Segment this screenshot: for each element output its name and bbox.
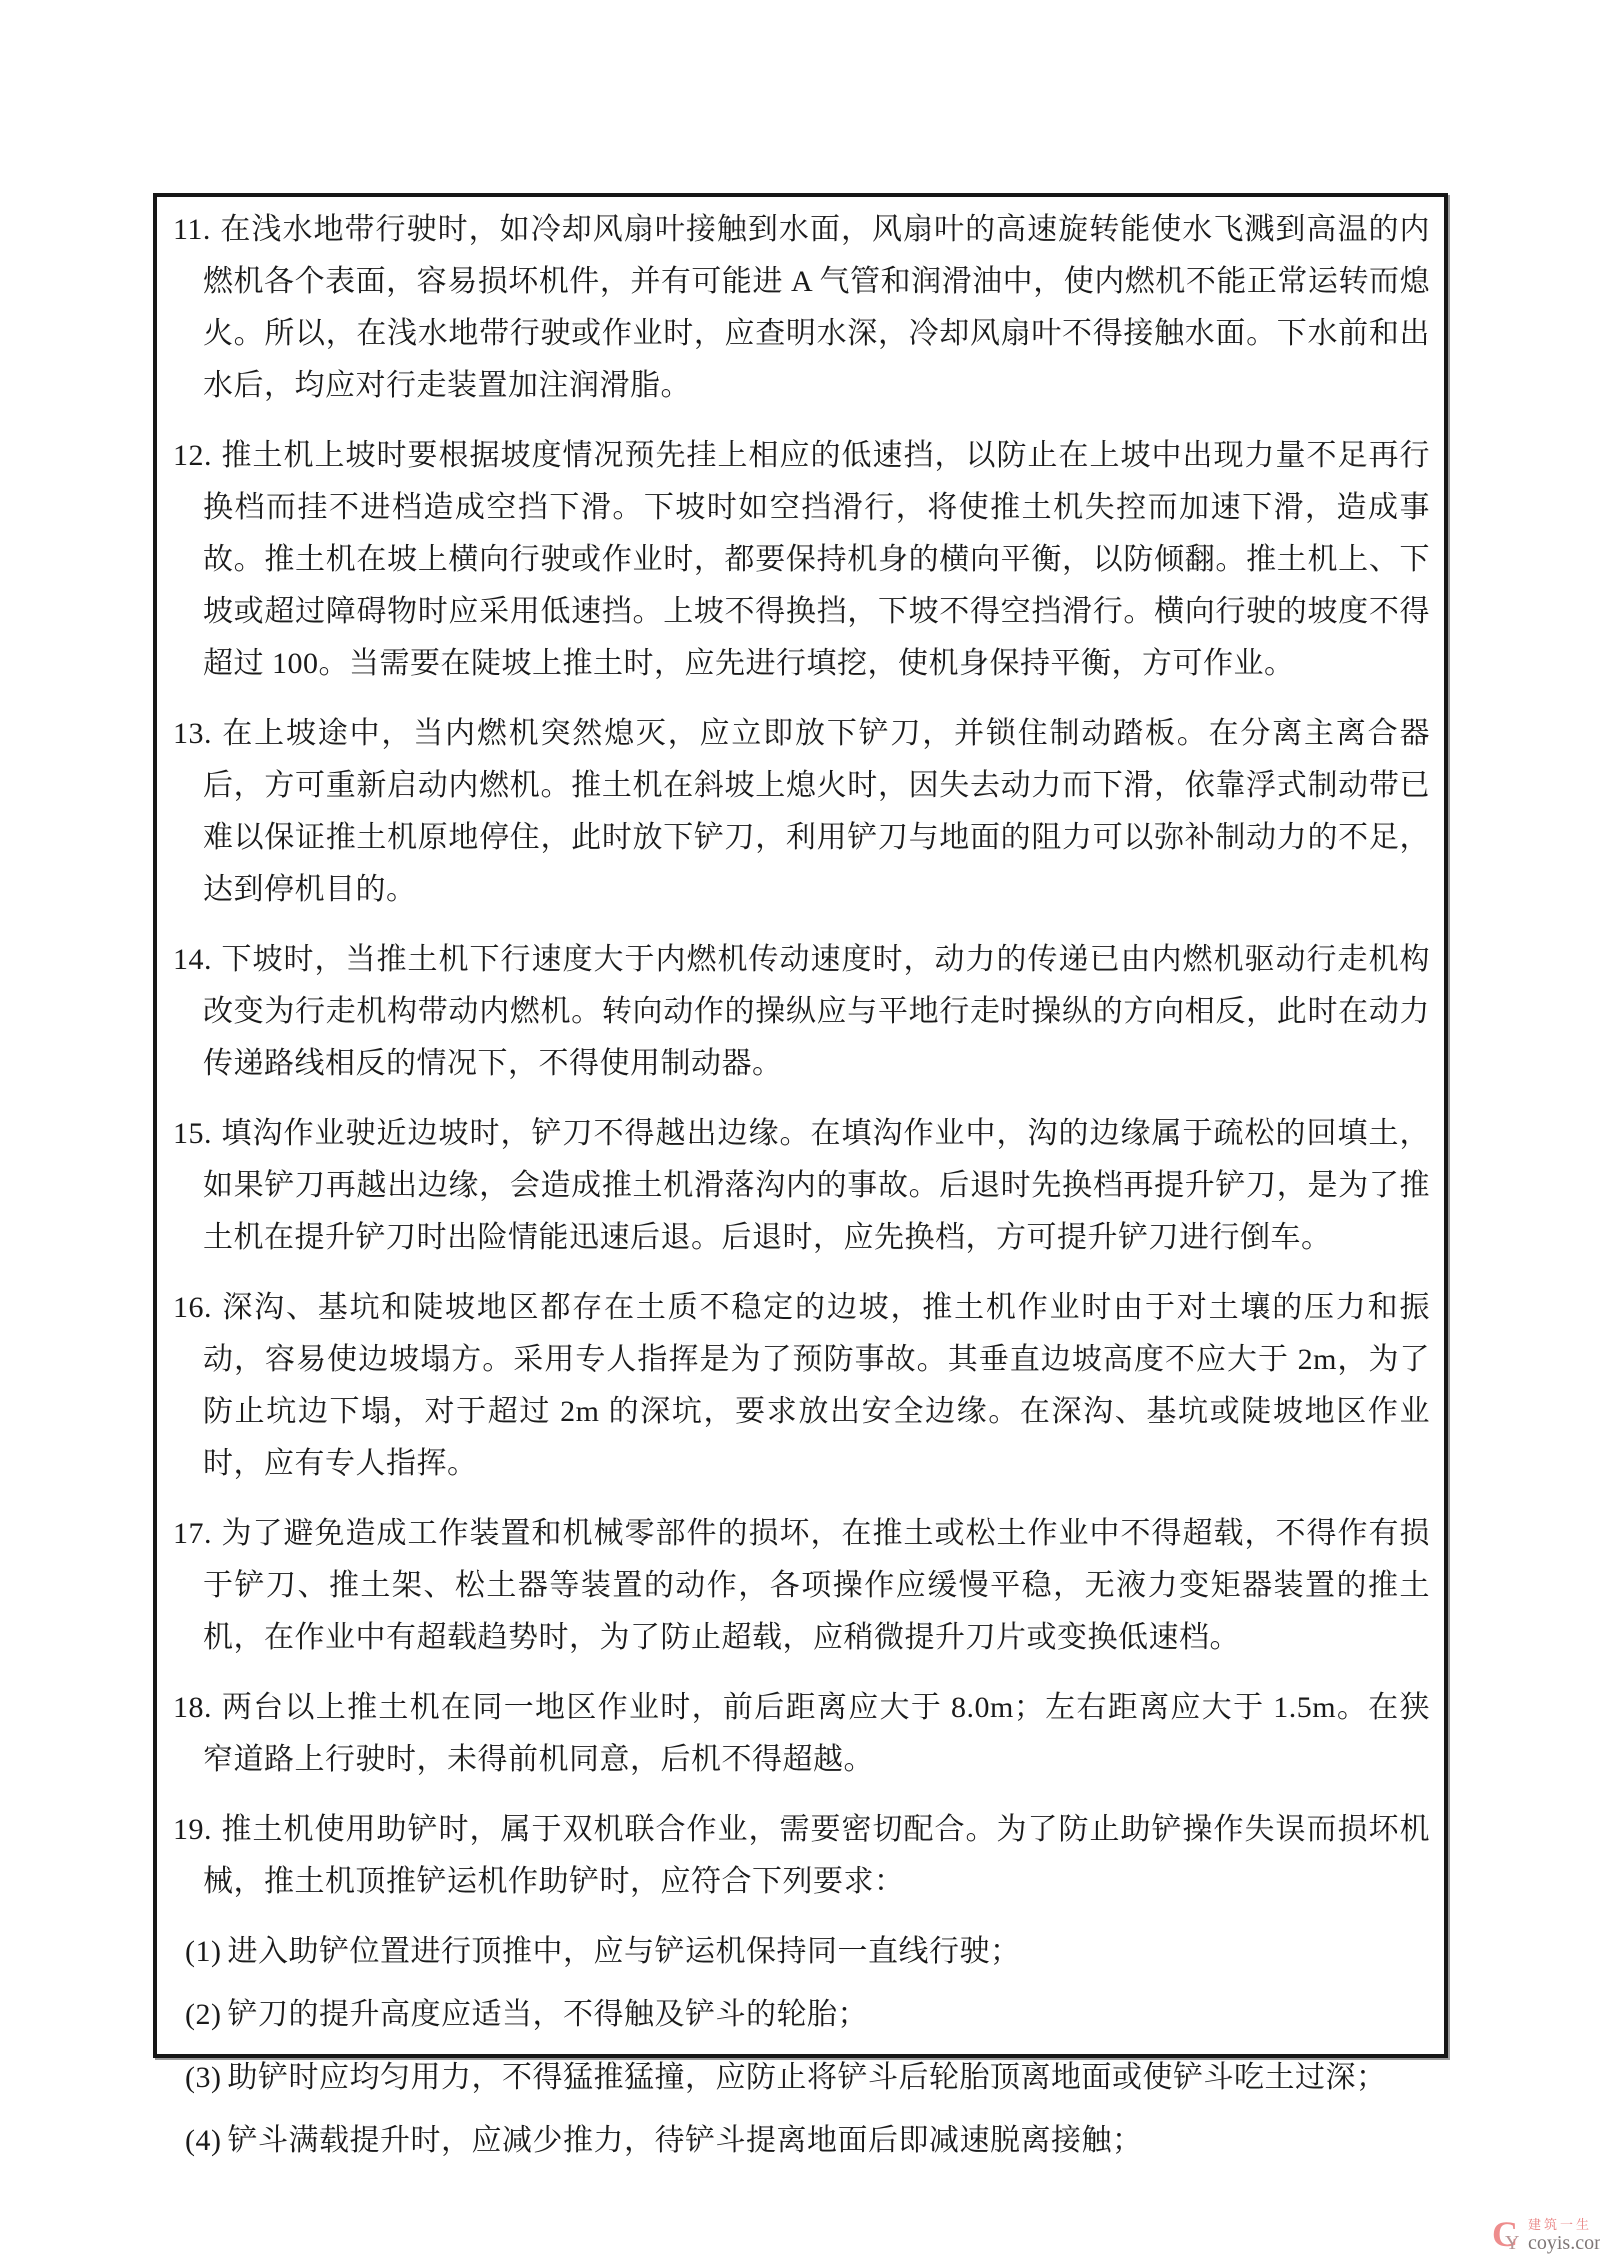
watermark-text: 建筑一生 coyis.com (1528, 2218, 1600, 2254)
item-number: 11. (173, 213, 211, 246)
item-number: 17. (173, 1517, 212, 1550)
item-number: 13. (173, 717, 212, 750)
item-text: 推土机使用助铲时，属于双机联合作业，需要密切配合。为了防止助铲操作失误而损坏机械… (203, 1813, 1430, 1898)
list-item-15: 15.填沟作业驶近边坡时，铲刀不得越出边缘。在填沟作业中，沟的边缘属于疏松的回填… (173, 1108, 1430, 1264)
item-text: 在浅水地带行驶时，如冷却风扇叶接触到水面，风扇叶的高速旋转能使水飞溅到高温的内燃… (203, 213, 1430, 402)
item-number: 12. (173, 439, 212, 472)
subitem-text: 铲刀的提升高度应适当，不得触及铲斗的轮胎； (227, 1998, 868, 2031)
item-text: 推土机上坡时要根据坡度情况预先挂上相应的低速挡，以防止在上坡中出现力量不足再行换… (203, 439, 1430, 680)
subitem-number: (2) (185, 1998, 221, 2031)
list-item-13: 13.在上坡途中，当内燃机突然熄灭，应立即放下铲刀，并锁住制动踏板。在分离主离合… (173, 708, 1430, 916)
item-number: 19. (173, 1813, 212, 1846)
list-item-11: 11.在浅水地带行驶时，如冷却风扇叶接触到水面，风扇叶的高速旋转能使水飞溅到高温… (173, 204, 1430, 412)
subitem-text: 铲斗满载提升时，应减少推力，待铲斗提离地面后即减速脱离接触； (227, 2124, 1142, 2157)
sublist-item-4: (4)铲斗满载提升时，应减少推力，待铲斗提离地面后即减速脱离接触； (173, 2115, 1430, 2167)
document-page: 11.在浅水地带行驶时，如冷却风扇叶接触到水面，风扇叶的高速旋转能使水飞溅到高温… (0, 0, 1600, 2262)
subitem-text: 助铲时应均匀用力，不得猛推猛撞，应防止将铲斗后轮胎顶离地面或使铲斗吃土过深； (227, 2061, 1386, 2094)
list-item-17: 17.为了避免造成工作装置和机械零部件的损坏，在推土或松土作业中不得超载，不得作… (173, 1508, 1430, 1664)
subitem-number: (3) (185, 2061, 221, 2094)
text-border-frame: 11.在浅水地带行驶时，如冷却风扇叶接触到水面，风扇叶的高速旋转能使水飞溅到高温… (153, 193, 1448, 2058)
logo-letter-y: Y (1505, 2233, 1519, 2253)
sublist-item-2: (2)铲刀的提升高度应适当，不得触及铲斗的轮胎； (173, 1989, 1430, 2041)
item-text: 深沟、基坑和陡坡地区都存在土质不稳定的边坡，推土机作业时由于对土壤的压力和振动，… (203, 1291, 1430, 1480)
subitem-text: 进入助铲位置进行顶推中，应与铲运机保持同一直线行驶； (227, 1935, 1020, 1968)
item-number: 18. (173, 1691, 212, 1724)
subitem-number: (1) (185, 1935, 221, 1968)
item-number: 15. (173, 1117, 212, 1150)
list-item-18: 18.两台以上推土机在同一地区作业时，前后距离应大于 8.0m；左右距离应大于 … (173, 1682, 1430, 1786)
item-number: 16. (173, 1291, 212, 1324)
sublist-item-1: (1)进入助铲位置进行顶推中，应与铲运机保持同一直线行驶； (173, 1926, 1430, 1978)
item-number: 14. (173, 943, 212, 976)
list-item-16: 16.深沟、基坑和陡坡地区都存在土质不稳定的边坡，推土机作业时由于对土壤的压力和… (173, 1282, 1430, 1490)
item-text: 两台以上推土机在同一地区作业时，前后距离应大于 8.0m；左右距离应大于 1.5… (203, 1691, 1430, 1776)
site-url: coyis.com (1528, 2232, 1600, 2254)
item-text: 在上坡途中，当内燃机突然熄灭，应立即放下铲刀，并锁住制动踏板。在分离主离合器后，… (203, 717, 1430, 906)
brand-name: 建筑一生 (1528, 2218, 1600, 2232)
item-text: 填沟作业驶近边坡时，铲刀不得越出边缘。在填沟作业中，沟的边缘属于疏松的回填土，如… (203, 1117, 1430, 1254)
item-text: 为了避免造成工作装置和机械零部件的损坏，在推土或松土作业中不得超载，不得作有损于… (203, 1517, 1430, 1654)
list-item-19: 19.推土机使用助铲时，属于双机联合作业，需要密切配合。为了防止助铲操作失误而损… (173, 1804, 1430, 1908)
sublist-item-3: (3)助铲时应均匀用力，不得猛推猛撞，应防止将铲斗后轮胎顶离地面或使铲斗吃土过深… (173, 2052, 1430, 2104)
subitem-number: (4) (185, 2124, 221, 2157)
coyis-logo-icon: C Y (1492, 2216, 1522, 2256)
list-item-14: 14.下坡时，当推土机下行速度大于内燃机传动速度时，动力的传递已由内燃机驱动行走… (173, 934, 1430, 1090)
list-item-12: 12.推土机上坡时要根据坡度情况预先挂上相应的低速挡，以防止在上坡中出现力量不足… (173, 430, 1430, 690)
watermark: C Y 建筑一生 coyis.com (1492, 2216, 1600, 2262)
item-text: 下坡时，当推土机下行速度大于内燃机传动速度时，动力的传递已由内燃机驱动行走机构改… (203, 943, 1430, 1080)
